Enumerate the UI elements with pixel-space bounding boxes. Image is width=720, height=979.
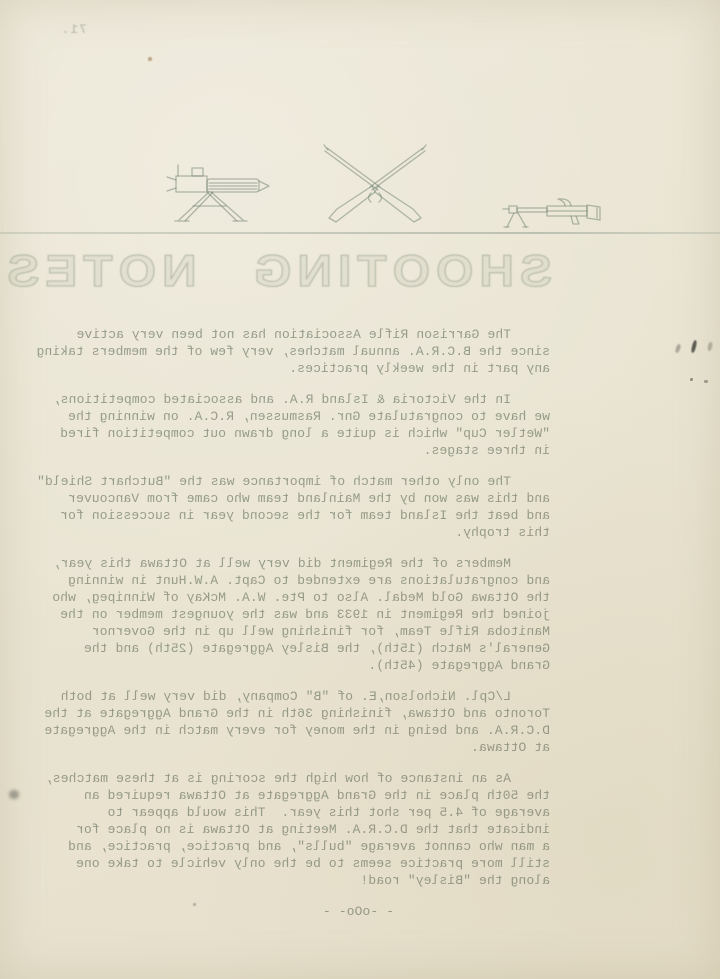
text-line: Manitoba Rifle Team, for finishing well … xyxy=(26,623,550,640)
text-line: and congratulations are extended to Capt… xyxy=(26,572,550,589)
text-line: in three stages. xyxy=(26,442,550,459)
text-line: D.C.R.A. and being in the money for ever… xyxy=(26,722,550,739)
paragraph: Members of the Regiment did very well at… xyxy=(26,555,550,674)
paragraph: The only other match of importance was t… xyxy=(26,473,550,541)
text-line: Toronto and Ottawa, finishing 36th in th… xyxy=(26,705,550,722)
ending-mark: - -oOo- - xyxy=(26,903,550,920)
text-line: and this was won by the Mainland team wh… xyxy=(26,490,550,507)
text-line: any part in the weekly practices. xyxy=(26,360,550,377)
text-line: at Ottawa. xyxy=(26,739,550,756)
text-line: we have to congratulate Gnr. Rasmussen, … xyxy=(26,408,550,425)
text-line: average of 4.5 per shot this year. This … xyxy=(26,804,550,821)
page-title: SHOOTING NOTES xyxy=(1,246,552,297)
page-number: 71. xyxy=(61,22,87,37)
ink-speck xyxy=(690,378,693,381)
ink-speck xyxy=(704,380,708,383)
paragraph: The Garrison Rifle Association has not b… xyxy=(26,326,550,377)
text-line: Grand Aggregate (45th). xyxy=(26,657,550,674)
text-line: Members of the Regiment did very well at… xyxy=(26,555,550,572)
vickers-machine-gun-icon xyxy=(148,160,273,228)
text-line: and beat the Island team for the second … xyxy=(26,507,550,524)
text-line: along the "Bisley" road! xyxy=(26,872,550,889)
text-line: "Wetler Cup" which is quite a long drawn… xyxy=(26,425,550,442)
text-line: The Garrison Rifle Association has not b… xyxy=(26,326,550,343)
text-line: In the Victoria & Island R.A. and associ… xyxy=(26,391,550,408)
body-paragraphs: The Garrison Rifle Association has not b… xyxy=(26,326,550,920)
text-line: a man who cannot average "bulls", and pr… xyxy=(26,838,550,855)
mirrored-showthrough-layer: 71. xyxy=(0,0,720,979)
text-line: the Ottawa Gold Medal. Also to Pte. W.A.… xyxy=(26,589,550,606)
text-line: L/Cpl. Nicholson,E. of "B" Company, did … xyxy=(26,688,550,705)
paragraph: L/Cpl. Nicholson,E. of "B" Company, did … xyxy=(26,688,550,756)
text-line: General's Match (15th), the Bisley Aggre… xyxy=(26,640,550,657)
paragraph: As an instance of how high the scoring i… xyxy=(26,770,550,889)
text-line: As an instance of how high the scoring i… xyxy=(26,770,550,787)
text-line: joined the Regiment in 1933 and was the … xyxy=(26,606,550,623)
text-line: this trophy. xyxy=(26,524,550,541)
horizontal-divider xyxy=(0,232,720,234)
text-line: still more practice seems to be the only… xyxy=(26,855,550,872)
text-line: The only other match of importance was t… xyxy=(26,473,550,490)
paper-smudge xyxy=(9,790,19,799)
bren-gun-icon xyxy=(497,197,602,231)
crossed-rifles-icon xyxy=(318,142,432,226)
scanned-page: 71. xyxy=(0,0,720,979)
paragraph: In the Victoria & Island R.A. and associ… xyxy=(26,391,550,459)
paper-speck xyxy=(148,57,152,61)
text-line: indicate that the D.C.R.A. Meeting at Ot… xyxy=(26,821,550,838)
paper-speck xyxy=(193,903,196,906)
text-line: since the B.C.R.A. annual matches, very … xyxy=(26,343,550,360)
text-line: the 50th place in the Grand Aggregate at… xyxy=(26,787,550,804)
